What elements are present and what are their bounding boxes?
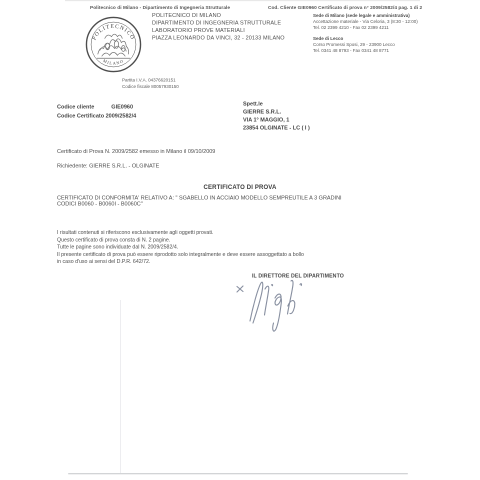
scanned-certificate-page: Politecnico di Milano - Dipartimento di … [0, 0, 480, 480]
requester-line: Richiedente: GIERRE S.R.L. - OLGINATE [57, 163, 159, 169]
page-top-edge [65, 0, 420, 2]
scan-fold-line [120, 300, 121, 473]
svg-text:POLITECNICO: POLITECNICO [91, 24, 135, 42]
institution-line: POLITECNICO DI MILANO [152, 12, 285, 20]
seal-engraving [97, 34, 130, 58]
recipient-line: 23854 OLGINATE - LC ( I ) [243, 124, 310, 132]
seal-bottom-text: MILANO [102, 58, 124, 66]
codice-cliente-value: GIE0960 [111, 104, 133, 110]
doc-header-meta-left: Politecnico di Milano - Dipartimento di … [90, 5, 230, 11]
sede-lecco-line: Tel. 0341 48 8793 - Fax 0341 48 8771 [313, 48, 395, 54]
signature-x-mark [237, 286, 243, 292]
recipient-line: Spett.le [243, 100, 310, 108]
codice-fiscale: Codice fiscale 80057930150 [122, 84, 179, 91]
notes-paragraph: I risultati contenuti si riferiscono esc… [57, 229, 447, 265]
conformity-line: CODICI B0060 - B0060I - B0060C" [57, 201, 437, 207]
doc-header-meta-right: Cod. Cliente GIE0960 Certificato di prov… [268, 5, 422, 11]
sede-milano-line: Tel. 02 2399 4210 - Fax 02 2399 4211 [313, 25, 418, 31]
institution-line: PIAZZA LEONARDO DA VINCI, 32 - 20133 MIL… [152, 35, 285, 43]
note-line: in caso d'uso ai sensi del D.P.R. 642/72… [57, 258, 447, 265]
svg-text:MILANO: MILANO [102, 58, 124, 66]
client-codes: Codice clienteGIE0960 Codice Certificato… [57, 103, 136, 121]
codice-certificato-label: Codice Certificato [57, 113, 104, 119]
institution-address: POLITECNICO DI MILANO DIPARTIMENTO DI IN… [152, 12, 285, 42]
seal-top-text: POLITECNICO [91, 24, 135, 42]
recipient-line: GIERRE S.R.L. [243, 108, 310, 116]
issue-line: Certificato di Prova N. 2009/2582 emesso… [57, 149, 215, 155]
page-bottom-edge [68, 473, 408, 475]
institution-line: LABORATORIO PROVE MATERIALI [152, 27, 285, 35]
codice-certificato-value: 2009/2582/4 [106, 113, 137, 119]
conformity-statement: CERTIFICATO DI CONFORMITA' RELATIVO A: "… [57, 195, 437, 207]
codice-cliente-label: Codice cliente [57, 104, 94, 110]
sede-milano-info: Sede di Milano (sede legale e amministra… [313, 13, 418, 31]
note-line: Il presente certificato di prova può ess… [57, 251, 447, 258]
institution-line: DIPARTIMENTO DI INGEGNERIA STRUTTURALE [152, 20, 285, 28]
note-line: Questo certificato di prova consta di N.… [57, 236, 447, 243]
note-line: Tutte le pagine sono individuate dal N. … [57, 244, 447, 251]
recipient-address: Spett.le GIERRE S.R.L. VIA 1° MAGGIO, 1 … [243, 100, 310, 132]
politecnico-seal-logo: POLITECNICO MILANO [84, 15, 143, 77]
vat-info: Partita I.V.A. 04376620151 Codice fiscal… [122, 77, 179, 90]
note-line: I risultati contenuti si riferiscono esc… [57, 229, 447, 236]
certificate-title: CERTIFICATO DI PROVA [0, 184, 480, 191]
sede-lecco-info: Sede di Lecco Corso Promessi Sposi, 29 -… [313, 36, 395, 54]
recipient-line: VIA 1° MAGGIO, 1 [243, 116, 310, 124]
signature [234, 276, 324, 339]
